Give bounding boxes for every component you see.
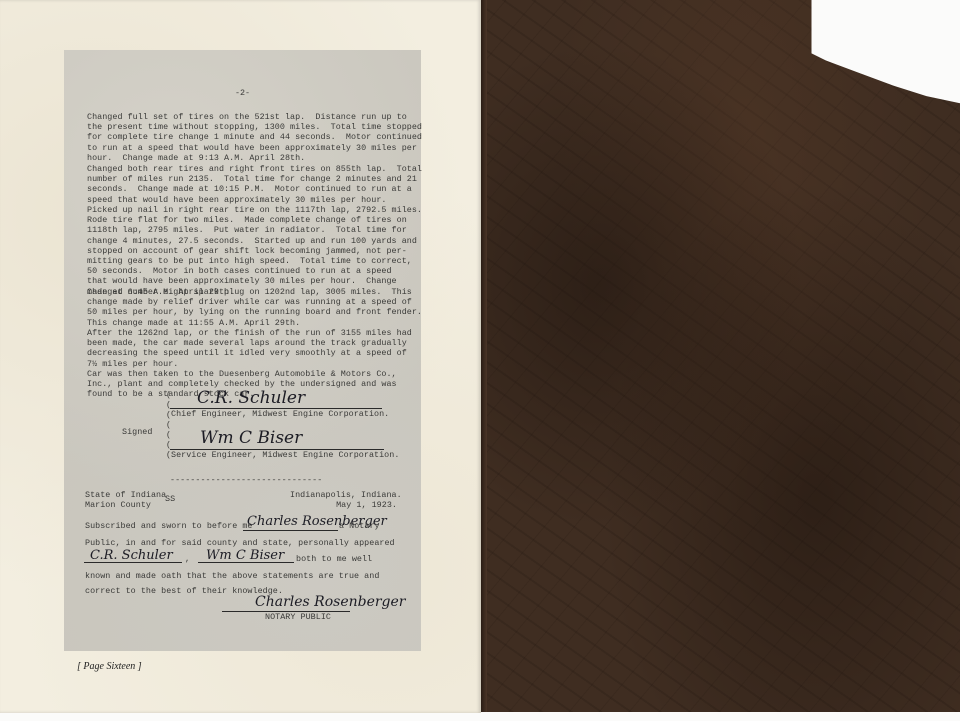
- paragraph-nail: Picked up nail in right rear tire on the…: [87, 205, 422, 297]
- separator-line: ------------------------------: [170, 475, 322, 485]
- paragraph-finish: After the 1262nd lap, or the finish of t…: [87, 328, 412, 369]
- appeared-line-2: [198, 562, 294, 563]
- notary-line-3-suffix: both to me well: [296, 554, 372, 564]
- notary-title: NOTARY PUBLIC: [265, 612, 331, 622]
- signature-2: Wm C Biser: [200, 428, 302, 448]
- notary-line-4: known and made oath that the above state…: [85, 571, 379, 581]
- notary-line-1-suffix: a Notary: [339, 521, 380, 531]
- notary-signature: Charles Rosenberger: [255, 594, 406, 610]
- page-footer: [ Page Sixteen ]: [77, 661, 142, 672]
- cover-spine-edge: [481, 0, 487, 712]
- signature-1: C.R. Schuler: [197, 388, 305, 408]
- booklet-page: -2- Changed full set of tires on the 521…: [0, 0, 481, 713]
- signature-title-1: Chief Engineer, Midwest Engine Corporati…: [171, 409, 389, 419]
- venue-place-date: Indianapolis, Indiana. May 1, 1923.: [290, 490, 397, 510]
- appeared-signature-2: Wm C Biser: [206, 548, 284, 563]
- signed-label: Signed: [122, 427, 152, 437]
- notary-line-1: Subscribed and sworn to before me: [85, 521, 253, 531]
- notary-name-line: [243, 530, 338, 531]
- page-marker: -2-: [64, 88, 421, 98]
- notary-line-5: correct to the best of their knowledge.: [85, 586, 283, 596]
- back-cover: [481, 0, 960, 712]
- paragraph-tire-change-1: Changed full set of tires on the 521st l…: [87, 112, 422, 163]
- appeared-line-1: [84, 562, 182, 563]
- venue-ss: SS: [165, 494, 175, 504]
- appeared-signature-1: C.R. Schuler: [90, 548, 173, 563]
- paragraph-tire-change-2: Changed both rear tires and right front …: [87, 164, 422, 205]
- paragraph-spark-plug: Changed number eight spark plug on 1202n…: [87, 287, 422, 328]
- signature-title-2: Service Engineer, Midwest Engine Corpora…: [171, 450, 399, 460]
- venue-state-county: State of Indiana Marion County: [85, 490, 166, 510]
- notary-line-2: Public, in and for said county and state…: [85, 538, 395, 548]
- appeared-comma: ,: [185, 554, 190, 564]
